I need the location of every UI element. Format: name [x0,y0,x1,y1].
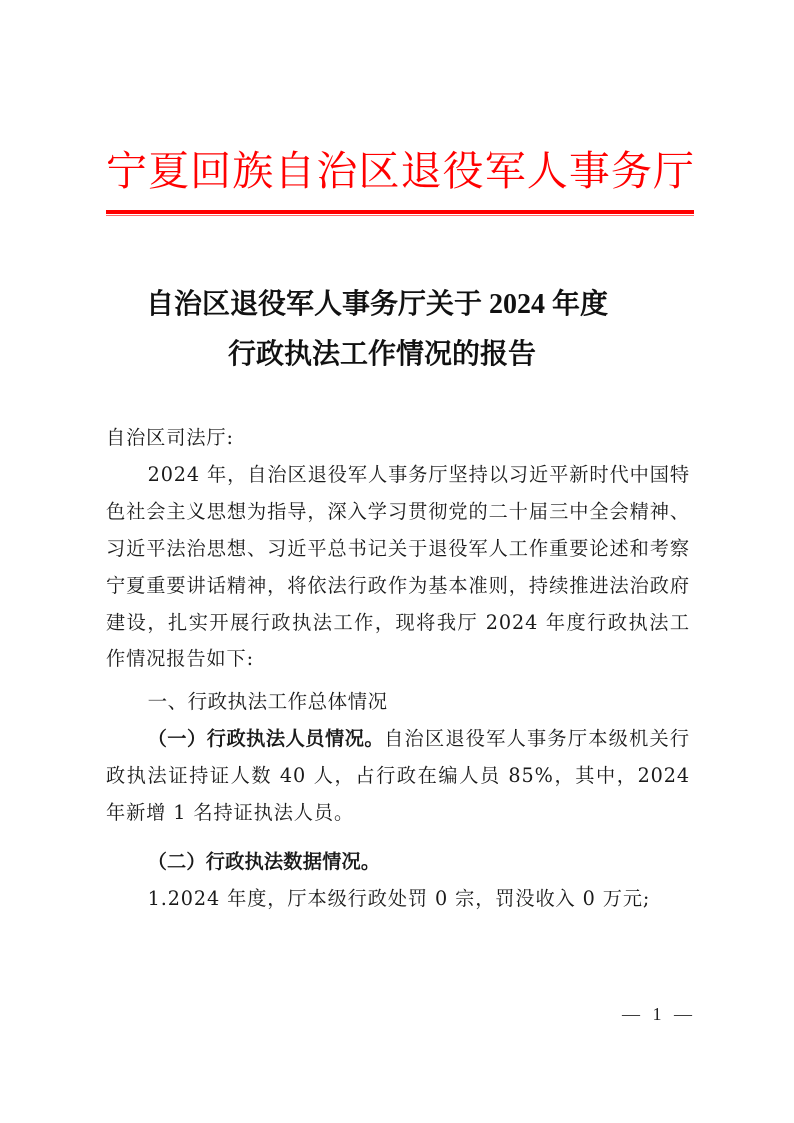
page-number: — 1 — [622,1004,696,1025]
section1-item1: 1.2024 年度，厅本级行政处罚 0 宗，罚没收入 0 万元; [106,881,690,918]
intro-paragraph: 2024 年，自治区退役军人事务厅坚持以习近平新时代中国特色社会主义思想为指导，… [106,457,690,678]
document-title-line1: 自治区退役军人事务厅关于 2024 年度 [146,280,608,330]
letterhead-red-rule-thick [106,210,694,214]
document-page: 宁夏回族自治区退役军人事务厅 自治区退役军人事务厅关于 2024 年度 行政执法… [0,0,794,1123]
letterhead-red-rule-thin [106,215,694,216]
salutation: 自治区司法厅: [106,420,690,457]
document-body: 自治区司法厅: 2024 年，自治区退役军人事务厅坚持以习近平新时代中国特色社会… [106,420,690,918]
section1-sub2-paragraph: （二）行政执法数据情况。 [106,844,690,881]
section1-sub2-label: （二）行政执法数据情况。 [148,850,381,873]
section1-heading: 一、行政执法工作总体情况 [106,684,690,721]
section1-sub1-label: （一）行政执法人员情况。 [148,727,385,750]
document-title-line2: 行政执法工作情况的报告 [228,330,536,380]
section1-sub1-paragraph: （一）行政执法人员情况。自治区退役军人事务厅本级机关行政执法证持证人数 40 人… [106,721,690,832]
letterhead-title: 宁夏回族自治区退役军人事务厅 [106,146,694,196]
